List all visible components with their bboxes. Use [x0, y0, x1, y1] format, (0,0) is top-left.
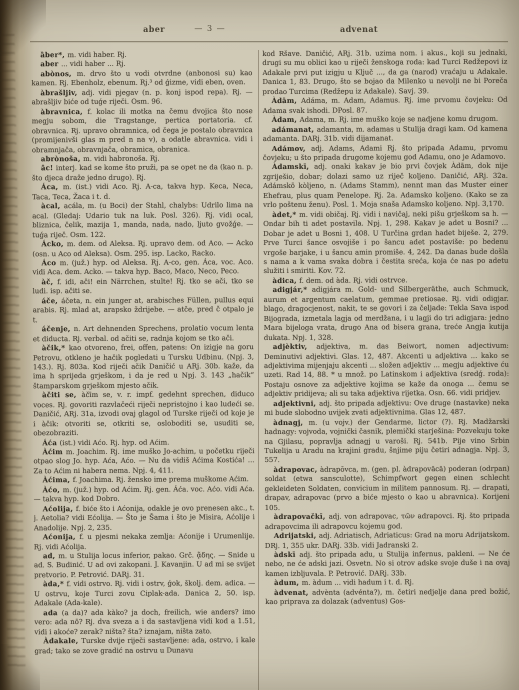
- dictionary-entry: Áca, m. (ist.) vidi Aco. Rj. A-ca, takva…: [32, 182, 253, 202]
- dictionary-entry: Àćim m. Joachim. Rj. ime muško Jo-achim,…: [33, 447, 254, 477]
- entry-headword: àdrapovačkī,: [274, 513, 329, 521]
- dictionary-entry: Àdamskī, adj. onaki kakav je bio prvi čo…: [263, 162, 508, 211]
- entry-headword: Aćolija,: [43, 505, 76, 513]
- entry-headword: adigjár,*: [273, 286, 312, 294]
- dictionary-entry: àbravnica, f. kolac ili motka na čemu dv…: [32, 107, 253, 155]
- running-head-left-keyword: aber: [122, 24, 186, 34]
- dictionary-entry: àdrapovačkī, adj. von adrapovac, τῶν adr…: [265, 512, 510, 532]
- dictionary-entry: Àćo, m. (juž.) hyp. od Aćim. Rj. gen. Áć…: [34, 485, 255, 505]
- dictionary-entry: Ácko, m. dem. od Aleksa. Rj. upravo dem.…: [32, 239, 253, 259]
- entry-headword: àdum,: [274, 579, 302, 587]
- dictionary-entry: àdnagj, m. (u vojv.) der Gendarme, licto…: [264, 417, 509, 466]
- dictionary-entry: àdvenat, advènta (advénta?), m. četiri n…: [265, 588, 510, 608]
- entry-headword: àcal,: [41, 202, 64, 210]
- entry-headword: àdet,*: [272, 211, 299, 219]
- dictionary-entry: àčik,* kao otvoreno, frei, offen, patens…: [33, 343, 254, 391]
- dictionary-entry: àdrapovac, àdrapōvca, m. (gen. pl. àdrap…: [265, 465, 510, 514]
- entry-headword: ad,: [43, 552, 58, 560]
- dictionary-entry: adigjár,* adigjára m. Gold- und Silberge…: [264, 285, 509, 343]
- entry-headword: Àdakale,: [43, 637, 81, 645]
- entry-headword: abònos,: [40, 70, 76, 78]
- entry-headword: Aćonija,: [43, 533, 80, 541]
- entry-headword: Àdamskī,: [272, 163, 314, 171]
- entry-headword: àdica,: [273, 277, 300, 285]
- entry-headword: adjèktiv,: [273, 343, 317, 351]
- entry-headword: àč,: [42, 278, 58, 286]
- entry-headword: Adrijatski,: [274, 532, 319, 540]
- left-column: ȁber*, m. vidi haber. Rj.aber ... vidi h…: [31, 50, 255, 690]
- dictionary-entry: àč, f. idi, ači! ein Närrchen, stulte! R…: [33, 277, 254, 297]
- entry-headword: áčenje,: [42, 325, 74, 333]
- dictionary-entry: abònos, m. drvo što u vodi otvrdne (anbo…: [31, 69, 252, 89]
- entry-headword: aber: [40, 61, 61, 69]
- dictionary-entry: Aćolija, f. biće što i Aćonija, odakle j…: [34, 504, 255, 534]
- dictionary-entry: Áco m. (juž.) hyp. od Aleksa. Rj. A-co, …: [32, 258, 253, 278]
- dictionary-entry: adjèktiv, adjektiva, m. das Beiwort, nom…: [264, 342, 509, 400]
- entry-headword: àbravnica,: [41, 108, 88, 116]
- entry-headword: Áca,: [41, 183, 63, 191]
- dictionary-entry: ad, m. u Stulija locus inferior, pakao. …: [34, 551, 255, 581]
- entry-headword: àdvenat,: [274, 589, 312, 597]
- dictionary-entry: Àdakale, Turske dvije riječi sastavljene…: [34, 636, 255, 656]
- entry-headword: àbrašljiv,: [41, 89, 82, 97]
- entry-headword: ada: [43, 609, 62, 617]
- entry-headword: Ácko,: [41, 240, 67, 248]
- entry-headword: àčik,*: [42, 344, 69, 352]
- entry-headword: Áco: [41, 259, 59, 267]
- dictionary-entry: àbrašljiv, adj. vidi pjegav (n. p. konj …: [32, 88, 253, 108]
- running-header: aber — 3 — advenat: [0, 24, 519, 38]
- dictionary-entry: Àdām, Adáma, m. Adam, Adamus. Rj. ime pr…: [263, 96, 508, 116]
- entry-headword: àdnagj,: [273, 418, 308, 426]
- dictionary-entry: àda,* f. vidi ostrvo. Rj. vidi i ostrv, …: [34, 579, 255, 609]
- entry-headword: àdskī: [274, 551, 299, 559]
- entry-headword: Adámov,: [272, 144, 311, 152]
- dictionary-entry: àdskī adj. što pripada adu, u Stulija in…: [265, 550, 510, 580]
- entry-headword: àda,*: [43, 580, 67, 588]
- entry-headword: Áća: [42, 439, 59, 447]
- scanned-dictionary-page: aber — 3 — advenat ȁber*, m. vidi haber.…: [0, 0, 519, 690]
- dictionary-entry: áče, áčeta, n. ein junger at, arabisches…: [33, 296, 254, 326]
- dictionary-entry: Aćonija, f. u pjesmi nekaka zemlja: Aćon…: [34, 532, 255, 552]
- dictionary-entry: áčenje, n. Art dehnenden Sprechens, prol…: [33, 324, 254, 344]
- header-rule: [30, 41, 508, 42]
- entry-headword: àčiti se,: [42, 391, 81, 399]
- entry-headword: âc!: [41, 165, 56, 173]
- entry-headword: Àćim: [42, 448, 65, 456]
- entry-headword: àdrapovac,: [274, 466, 321, 474]
- dictionary-entry: ada (a da)? ada kàko? ja doch, freilich,…: [34, 608, 255, 638]
- entry-headword: Àdam,: [272, 116, 300, 124]
- running-head-right-keyword: advenat: [322, 24, 396, 34]
- entry-headword: adámanat,: [272, 125, 317, 133]
- dictionary-entry: àdet,* m. vidi običaj. Rj. vidi i naviča…: [263, 209, 508, 276]
- entry-headword: áče,: [42, 297, 62, 305]
- dictionary-entry: Adrijatski, adj. Adriatisch, Adriaticus:…: [265, 531, 510, 551]
- dictionary-entry: kod Ršave. Daničić, ARj. 31b. uzima nom.…: [262, 49, 507, 98]
- dictionary-entry: adjektivni, adj. što pripada adjektivu: …: [264, 399, 509, 419]
- entry-headword: abrònoša,: [41, 155, 83, 163]
- dictionary-entry: adámanat, adamanta, m. adamas u Stulija …: [263, 124, 508, 144]
- entry-headword: Àćo,: [43, 486, 63, 494]
- entry-headword: Àćima,: [43, 476, 73, 484]
- page-number: — 3 —: [178, 24, 242, 33]
- dictionary-entry: àčiti se, àčīm se, v. r. impf. gedehnt s…: [33, 390, 254, 438]
- text-columns: ȁber*, m. vidi haber. Rj.aber ... vidi h…: [31, 49, 512, 690]
- dictionary-entry: Adámov, adj. Adams, Adami Rj. što pripad…: [263, 143, 508, 163]
- right-column: kod Ršave. Daničić, ARj. 31b. uzima nom.…: [262, 49, 510, 690]
- dictionary-entry: âc! interj. kad se kome što pruži, pa se…: [32, 164, 253, 184]
- dictionary-entry: àcal, acála, m. (u Boci) der Stahl, chal…: [32, 201, 253, 240]
- entry-headword: ȁber*,: [40, 51, 67, 59]
- entry-headword: Àdām,: [272, 97, 302, 105]
- entry-headword: adjektivni,: [273, 400, 319, 408]
